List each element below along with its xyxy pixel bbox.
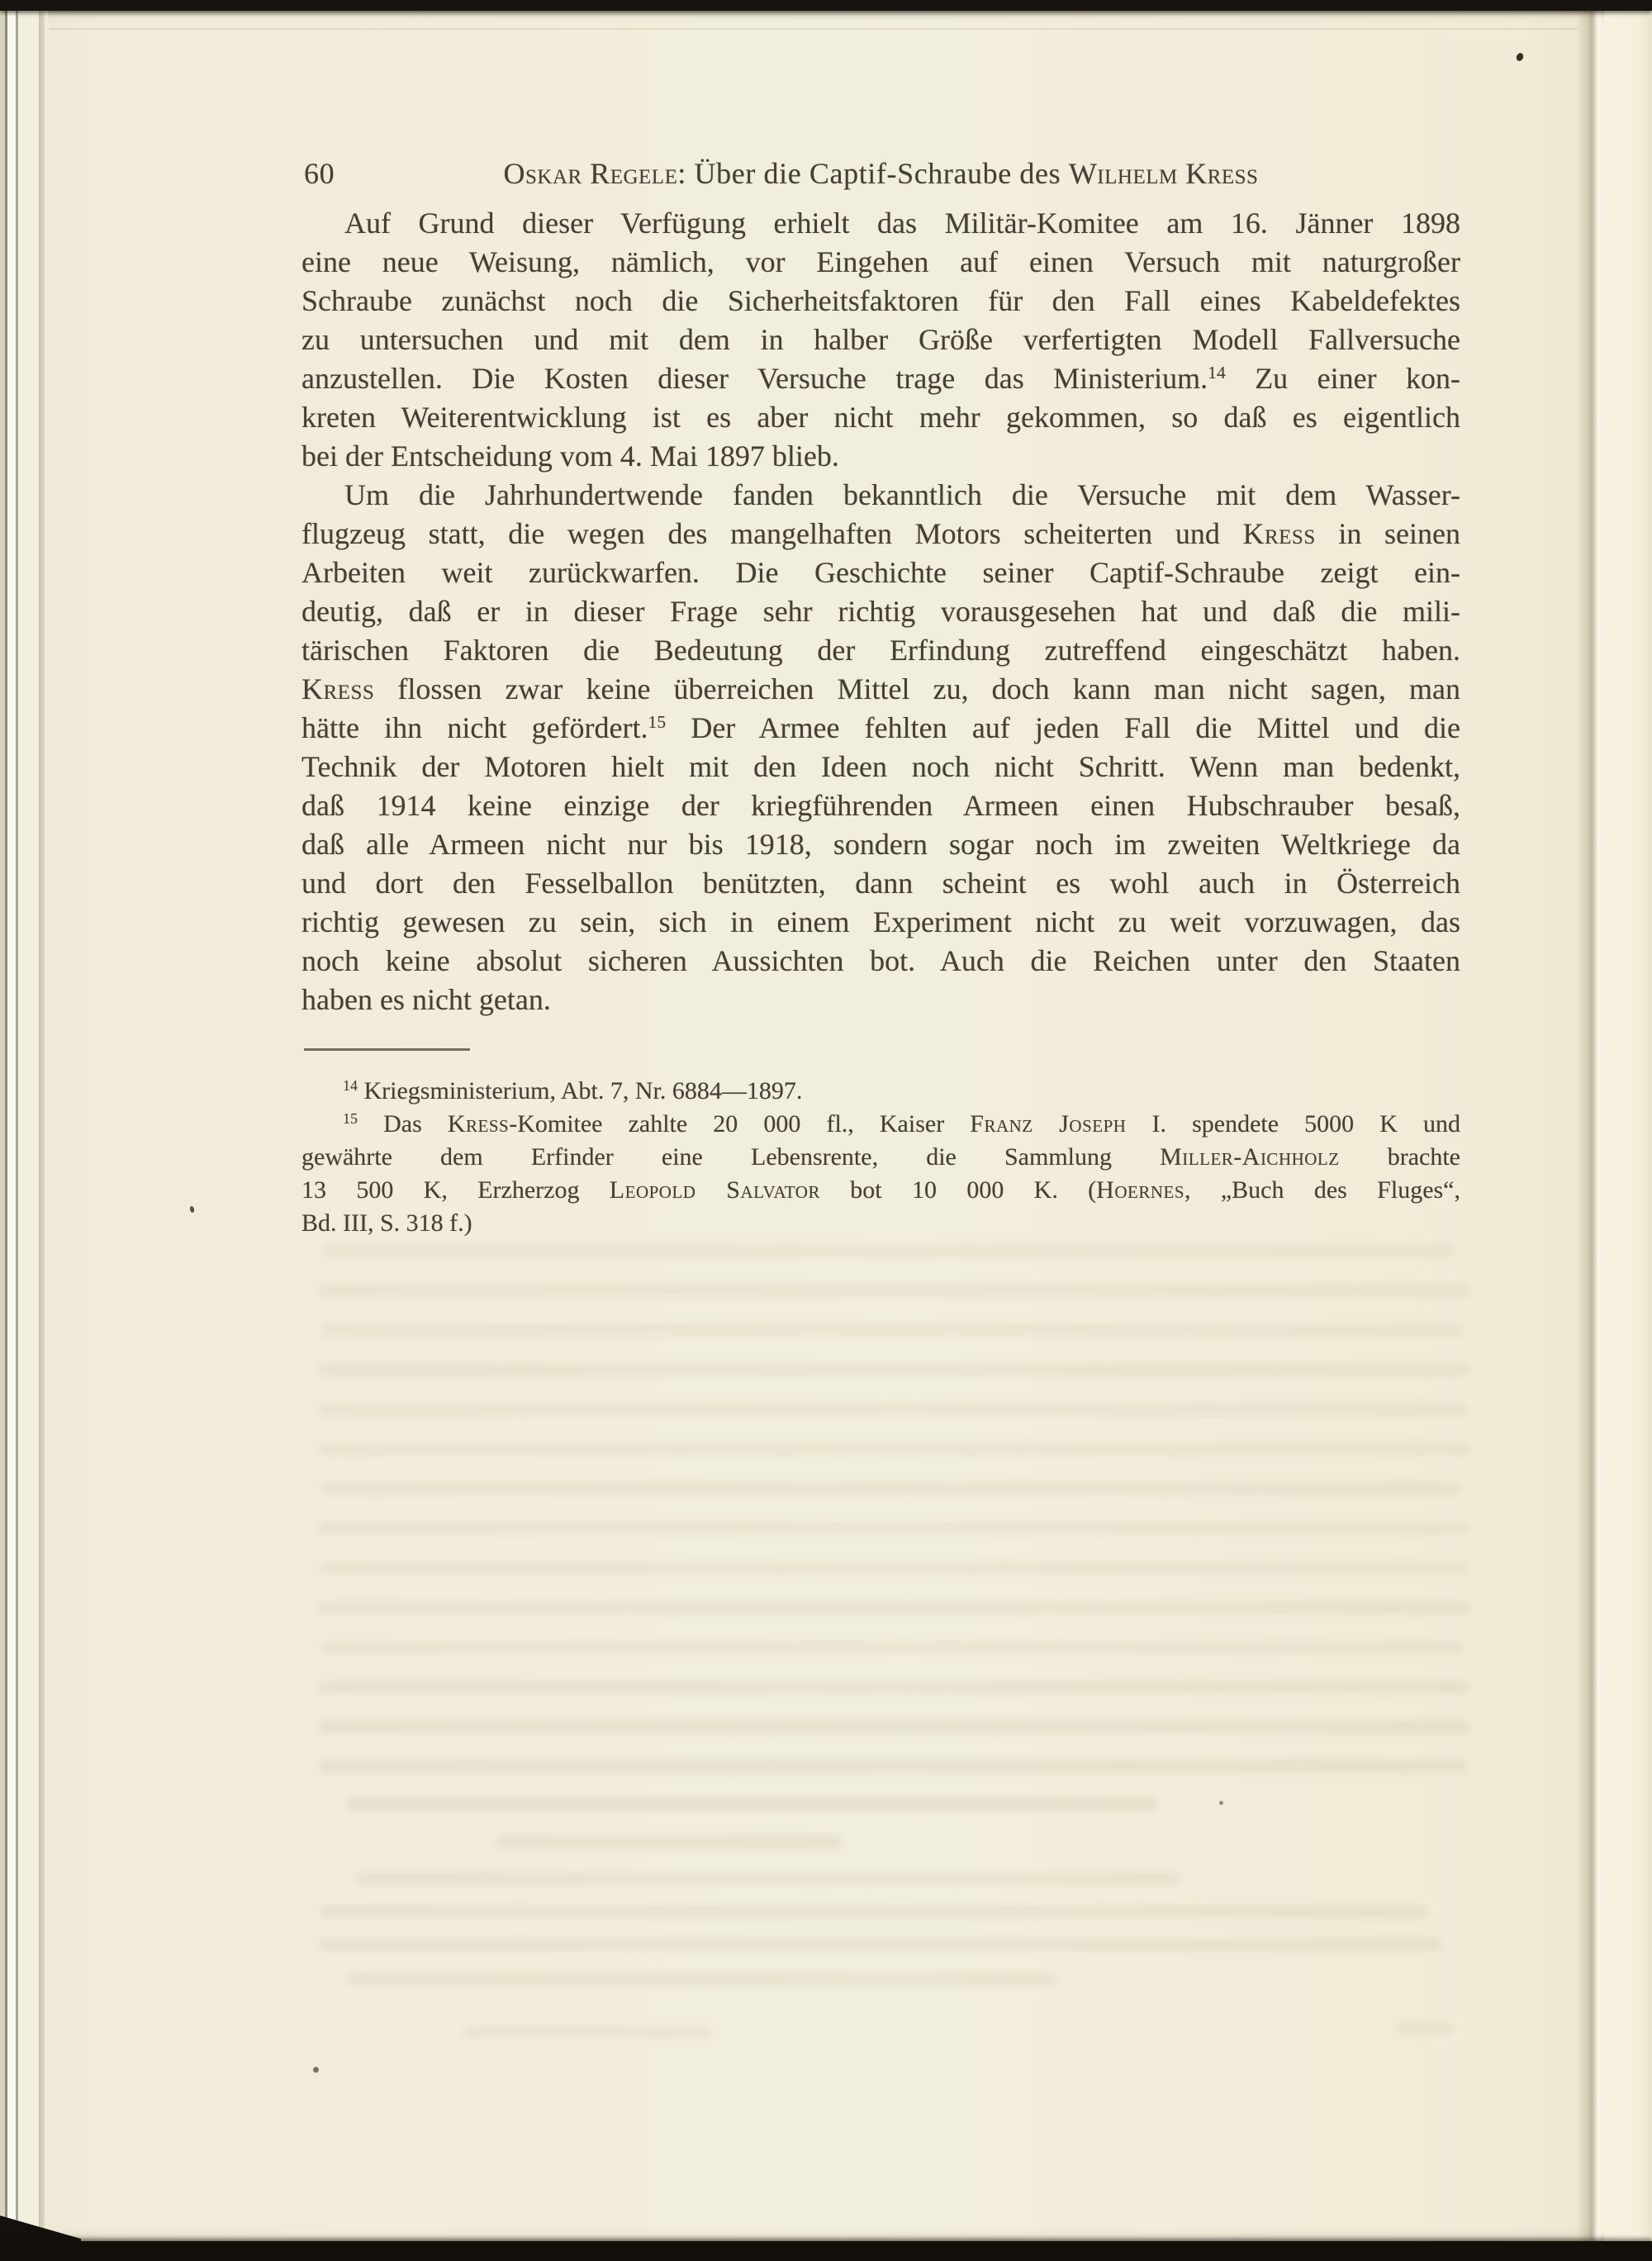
text-run: Schraube zunächst noch die Sicherheitsfa… bbox=[301, 284, 1460, 317]
text-run: noch keine absolut sicheren Aussichten b… bbox=[301, 944, 1460, 977]
bleed-through-line bbox=[355, 1872, 1181, 1885]
bleed-through-line bbox=[318, 1284, 1470, 1297]
bleed-through-line bbox=[320, 1641, 1464, 1654]
small-caps-name: Franz Joseph bbox=[970, 1110, 1126, 1138]
paragraph: 14 Kriegsministerium, Abt. 7, Nr. 6884—1… bbox=[301, 1075, 1460, 1108]
page-edge-line bbox=[39, 10, 45, 2242]
text-line: bei der Entscheidung vom 4. Mai 1897 bli… bbox=[301, 437, 1460, 476]
text-line: Auf Grund dieser Verfügung erhielt das M… bbox=[301, 204, 1460, 243]
small-caps-name: Hoernes bbox=[1096, 1176, 1184, 1204]
bleed-through-line bbox=[320, 1323, 1464, 1337]
text-run: bot 10 000 K. ( bbox=[820, 1176, 1096, 1204]
text-run: anzustellen. Die Kosten dieser Versuche … bbox=[301, 362, 1208, 395]
text-run: und dort den Fesselballon benützten, dan… bbox=[301, 867, 1460, 900]
text-line: hätte ihn nicht gefördert.15 Der Armee f… bbox=[301, 709, 1460, 748]
text-line: Technik der Motoren hielt mit den Ideen … bbox=[301, 748, 1460, 786]
bleed-through-line bbox=[463, 2026, 710, 2039]
text-line: Schraube zunächst noch die Sicherheitsfa… bbox=[301, 282, 1460, 321]
text-run: deutig, daß er in dieser Frage sehr rich… bbox=[301, 595, 1460, 628]
bleed-through-line bbox=[318, 1363, 1470, 1376]
text-line: noch keine absolut sicheren Aussichten b… bbox=[301, 942, 1460, 981]
text-line: 14 Kriegsministerium, Abt. 7, Nr. 6884—1… bbox=[301, 1075, 1460, 1108]
bleed-through-line bbox=[496, 1836, 843, 1849]
text-run: brachte bbox=[1340, 1143, 1460, 1171]
scanner-black-bar-bottom bbox=[0, 2241, 1652, 2261]
text-run: haben es nicht getan. bbox=[301, 983, 551, 1016]
text-run: Das bbox=[358, 1110, 448, 1138]
text-line: zu untersuchen und mit dem in halber Grö… bbox=[301, 321, 1460, 359]
bleed-through-line bbox=[318, 1522, 1470, 1535]
text-run: I. spendete 5000 K und bbox=[1126, 1110, 1460, 1138]
text-line: daß alle Armeen nicht nur bis 1918, sond… bbox=[301, 825, 1460, 864]
text-run: daß 1914 keine einzige der kriegführende… bbox=[301, 789, 1460, 822]
bleed-through-line bbox=[320, 1905, 1427, 1918]
paragraph: Um die Jahrhundertwende fanden bekanntli… bbox=[301, 476, 1460, 1019]
ink-speck bbox=[1219, 1801, 1223, 1805]
small-caps-name: Wilhelm Kress bbox=[1069, 157, 1259, 190]
page-edge-line bbox=[18, 10, 39, 2242]
text-run: flossen zwar keine überreichen Mittel zu… bbox=[374, 672, 1460, 705]
text-run: Der Armee fehlten auf jeden Fall die Mit… bbox=[666, 711, 1460, 744]
bleed-through-line bbox=[318, 1442, 1470, 1456]
ink-speck bbox=[313, 2067, 319, 2073]
text-run: hätte ihn nicht gefördert. bbox=[301, 711, 648, 744]
text-line: Kress flossen zwar keine überreichen Mit… bbox=[301, 670, 1460, 709]
text-run: flugzeug statt, die wegen des mangelhaft… bbox=[301, 517, 1242, 550]
page-edge-line bbox=[7, 10, 16, 2242]
text-run: Auf Grund dieser Verfügung erhielt das M… bbox=[344, 207, 1460, 240]
footnote-marker: 14 bbox=[1208, 363, 1226, 382]
small-caps-name: Miller-Aichholz bbox=[1160, 1143, 1339, 1171]
text-run: in seinen bbox=[1316, 517, 1460, 550]
text-run: Technik der Motoren hielt mit den Ideen … bbox=[301, 750, 1460, 783]
footnote-marker: 15 bbox=[648, 712, 667, 732]
bleed-through-line bbox=[319, 1938, 1442, 1951]
paragraph: 15 Das Kress-Komitee zahlte 20 000 fl., … bbox=[301, 1108, 1460, 1240]
bleed-through-line bbox=[322, 1244, 1454, 1257]
text-line: Um die Jahrhundertwende fanden bekanntli… bbox=[301, 476, 1460, 515]
bleed-through-line bbox=[1396, 2022, 1454, 2035]
text-line: anzustellen. Die Kosten dieser Versuche … bbox=[301, 359, 1460, 398]
running-header: 60 Oskar Regele: Über die Captif-Schraub… bbox=[301, 157, 1460, 190]
text-line: richtig gewesen zu sein, sich in einem E… bbox=[301, 903, 1460, 942]
text-run: gewährte dem Erfinder eine Lebensrente, … bbox=[301, 1143, 1160, 1171]
text-line: Arbeiten weit zurückwarfen. Die Geschich… bbox=[301, 553, 1460, 592]
text-run: kreten Weiterentwicklung ist es aber nic… bbox=[301, 401, 1460, 434]
text-line: haben es nicht getan. bbox=[301, 981, 1460, 1019]
text-run: : Über die Captif-Schraube des bbox=[677, 157, 1068, 190]
book-gutter-crease bbox=[1576, 10, 1604, 2242]
text-line: 13 500 K, Erzherzog Leopold Salvator bot… bbox=[301, 1174, 1460, 1207]
text-run: richtig gewesen zu sein, sich in einem E… bbox=[301, 905, 1460, 938]
page-edge-line bbox=[45, 10, 48, 2242]
text-run: eine neue Weisung, nämlich, vor Eingehen… bbox=[301, 245, 1460, 278]
text-run: Um die Jahrhundertwende fanden bekanntli… bbox=[344, 478, 1460, 511]
text-run: Kriegsministerium, Abt. 7, Nr. 6884—1897… bbox=[358, 1077, 802, 1104]
running-title: Oskar Regele: Über die Captif-Schraube d… bbox=[504, 157, 1259, 190]
small-caps-name: Kress bbox=[1242, 517, 1315, 550]
bleed-through-line bbox=[319, 1561, 1467, 1575]
text-run: zu untersuchen und mit dem in halber Grö… bbox=[301, 323, 1460, 356]
bleed-through-line bbox=[320, 1482, 1460, 1495]
bleed-through-line bbox=[347, 1798, 1156, 1811]
bleed-through-line bbox=[318, 1680, 1470, 1693]
scanned-book-page: 60 Oskar Regele: Über die Captif-Schraub… bbox=[0, 0, 1652, 2261]
text-run: Bd. III, S. 318 f.) bbox=[301, 1209, 472, 1237]
paragraph: Auf Grund dieser Verfügung erhielt das M… bbox=[301, 204, 1460, 476]
text-run: 13 500 K, Erzherzog bbox=[301, 1176, 610, 1204]
text-line: gewährte dem Erfinder eine Lebensrente, … bbox=[301, 1141, 1460, 1174]
bleed-through-line bbox=[318, 1601, 1470, 1614]
text-line: tärischen Faktoren die Bedeutung der Erf… bbox=[301, 631, 1460, 670]
text-run: tärischen Faktoren die Bedeutung der Erf… bbox=[301, 634, 1460, 667]
text-line: kreten Weiterentwicklung ist es aber nic… bbox=[301, 398, 1460, 437]
text-line: daß 1914 keine einzige der kriegführende… bbox=[301, 786, 1460, 825]
text-run: daß alle Armeen nicht nur bis 1918, sond… bbox=[301, 828, 1460, 861]
body-paragraphs: Auf Grund dieser Verfügung erhielt das M… bbox=[301, 204, 1460, 1019]
small-caps-name: Leopold Salvator bbox=[610, 1176, 820, 1204]
small-caps-name: Kress bbox=[448, 1110, 509, 1138]
text-line: eine neue Weisung, nämlich, vor Eingehen… bbox=[301, 243, 1460, 282]
small-caps-name: Oskar Regele bbox=[504, 157, 678, 190]
footnote-marker: 15 bbox=[343, 1110, 358, 1127]
text-line: 15 Das Kress-Komitee zahlte 20 000 fl., … bbox=[301, 1108, 1460, 1141]
text-run: , „Buch des Fluges“, bbox=[1184, 1176, 1460, 1204]
text-line: und dort den Fesselballon benützten, dan… bbox=[301, 864, 1460, 903]
bleed-through-line bbox=[318, 1720, 1470, 1733]
footnote-separator-rule bbox=[304, 1048, 470, 1051]
scanner-black-bar-top bbox=[0, 0, 1652, 11]
bleed-through-line bbox=[319, 1403, 1467, 1416]
text-run: Zu einer kon- bbox=[1226, 362, 1460, 395]
text-run: Arbeiten weit zurückwarfen. Die Geschich… bbox=[301, 556, 1460, 589]
small-caps-name: Kress bbox=[301, 672, 374, 705]
bleed-through-line bbox=[347, 1973, 1057, 1986]
footnote-marker: 14 bbox=[343, 1077, 358, 1094]
footnotes: 14 Kriegsministerium, Abt. 7, Nr. 6884—1… bbox=[301, 1075, 1460, 1240]
page-top-edge-shadow bbox=[50, 28, 1578, 30]
page-number: 60 bbox=[304, 157, 335, 190]
text-line: Bd. III, S. 318 f.) bbox=[301, 1207, 1460, 1240]
text-run: -Komitee zahlte 20 000 fl., Kaiser bbox=[509, 1110, 970, 1138]
text-line: flugzeug statt, die wegen des mangelhaft… bbox=[301, 515, 1460, 553]
text-line: deutig, daß er in dieser Frage sehr rich… bbox=[301, 592, 1460, 631]
text-run: bei der Entscheidung vom 4. Mai 1897 bli… bbox=[301, 439, 839, 473]
bleed-through-line bbox=[319, 1760, 1467, 1773]
adjacent-page-sliver bbox=[1604, 10, 1652, 2242]
